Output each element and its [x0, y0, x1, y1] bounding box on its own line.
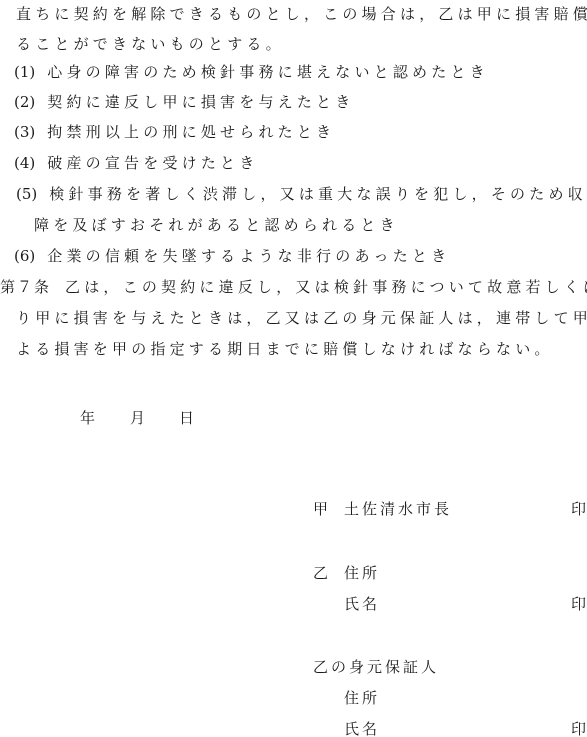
party-b-label: 乙: [313, 563, 331, 583]
item-number: (2): [14, 93, 35, 111]
item-number: (4): [14, 154, 35, 172]
guarantor-seal: 印: [571, 719, 587, 737]
item-3: (3)拘禁刑以上の刑に処せられたとき: [14, 122, 335, 142]
article-heading: 第７条: [0, 278, 51, 296]
item-4: (4)破産の宣告を受けたとき: [14, 153, 258, 173]
article-7-line-3: よる損害を甲の指定する期日までに賠償しなければならない。: [16, 339, 554, 359]
party-a-name: 土佐清水市長: [344, 499, 452, 519]
item-text: 心身の障害のため検針事務に堪えないと認めたとき: [47, 63, 489, 81]
item-5-continuation: 障を及ぼすおそれがあると認められるとき: [34, 215, 399, 235]
party-b-address-label: 住所: [344, 563, 380, 583]
guarantor-address-label: 住所: [344, 688, 380, 708]
item-text: 破産の宣告を受けたとき: [47, 154, 258, 172]
item-number: (1): [14, 63, 35, 81]
guarantor-name-label: 氏名: [344, 719, 380, 737]
intro-line-1: 直ちに契約を解除できるものとし，この場合は，乙は甲に損害賠償の請求をす: [16, 4, 587, 24]
guarantor-label: 乙の身元保証人: [313, 657, 439, 677]
item-number: (5): [16, 185, 37, 203]
date-day: 日: [179, 408, 197, 428]
article-7-line-2: り甲に損害を与えたときは，乙又は乙の身元保証人は，連帯して甲の査定額に: [16, 308, 587, 328]
party-b-name-label: 氏名: [344, 594, 380, 614]
item-number: (6): [14, 247, 35, 265]
item-text: 企業の信頼を失墜するような非行のあったとき: [47, 247, 450, 265]
party-b-seal: 印: [571, 594, 587, 614]
item-1: (1)心身の障害のため検針事務に堪えないと認めたとき: [14, 62, 489, 82]
party-a-seal: 印: [571, 499, 587, 519]
intro-line-2: ることができないものとする。: [16, 34, 285, 54]
item-6: (6)企業の信頼を失墜するような非行のあったとき: [14, 246, 450, 266]
item-number: (3): [14, 123, 35, 141]
date-year: 年: [80, 408, 98, 428]
item-5: (5)検針事務を著しく渋滞し，又は重大な誤りを犯し，そのため収納事務に支: [16, 184, 587, 204]
item-text: 契約に違反し甲に損害を与えたとき: [47, 93, 354, 111]
article-text: 乙は，この契約に違反し，又は検針事務について故意若しくは過失によ: [65, 278, 587, 296]
party-a-label: 甲: [313, 499, 331, 519]
item-text: 拘禁刑以上の刑に処せられたとき: [47, 123, 335, 141]
date-month: 月: [130, 408, 148, 428]
item-text: 検針事務を著しく渋滞し，又は重大な誤りを犯し，そのため収納事務に支: [49, 185, 587, 203]
article-7-line-1: 第７条乙は，この契約に違反し，又は検針事務について故意若しくは過失によ: [0, 277, 587, 297]
item-2: (2)契約に違反し甲に損害を与えたとき: [14, 92, 354, 112]
